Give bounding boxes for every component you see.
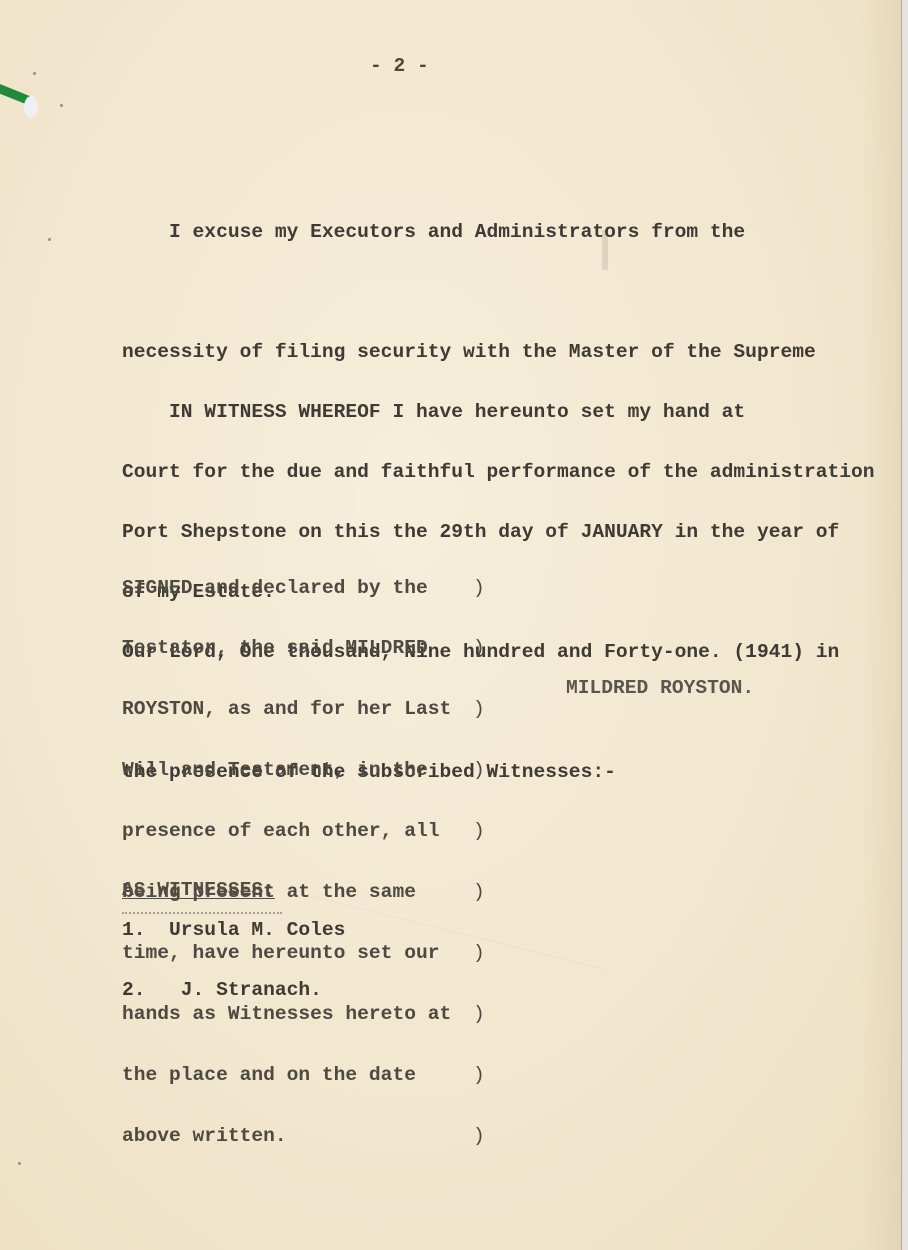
paper-speck — [33, 72, 36, 75]
clause-line: presence of each other, all — [122, 821, 451, 841]
bracket-segment: ) — [473, 578, 520, 598]
clause-line: SIGNED and declared by the — [122, 578, 451, 598]
clause-line: Testator, the said MILDRED — [122, 638, 451, 658]
paper-speck — [18, 1162, 21, 1165]
punch-hole — [24, 96, 38, 118]
paper-speck — [48, 238, 51, 241]
bracket-segment: ) — [473, 638, 520, 658]
bracket-segment: ) — [473, 821, 520, 841]
attestation-clause: SIGNED and declared by the Testator, the… — [122, 537, 451, 1187]
paper-speck — [60, 104, 63, 107]
testator-signature: MILDRED ROYSTON. — [566, 668, 754, 708]
document-page: - 2 - I excuse my Executors and Administ… — [0, 0, 902, 1250]
bracket-segment: ) — [473, 760, 520, 780]
text-line: IN WITNESS WHEREOF I have hereunto set m… — [122, 392, 839, 432]
clause-line: above written. — [122, 1126, 451, 1146]
witnesses-heading: AS WITNESSES: — [122, 870, 275, 910]
text-line: I excuse my Executors and Administrators… — [122, 212, 875, 252]
clause-line: Will and Testament, in the — [122, 760, 451, 780]
bracket-segment: ) — [473, 882, 520, 902]
page-edge — [901, 0, 902, 1250]
clause-line: ROYSTON, as and for her Last — [122, 699, 451, 719]
bracket-segment: ) — [473, 1126, 520, 1146]
page-number: - 2 - — [370, 46, 429, 86]
bracket-segment: ) — [473, 699, 520, 719]
